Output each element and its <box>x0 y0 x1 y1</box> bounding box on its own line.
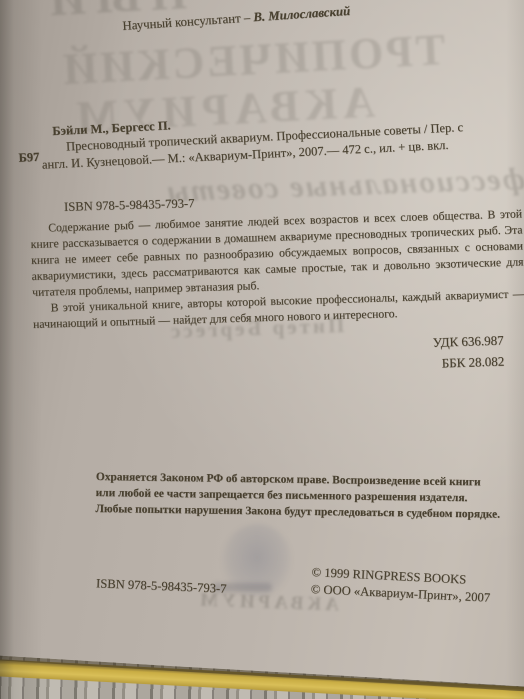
bbk-code: ББК 28.082 <box>350 351 505 376</box>
isbn-top: ISBN 978-5-98435-793-7 <box>64 196 195 215</box>
catalog-code: Б97 <box>18 150 39 166</box>
book-imprint-page-photo: { "page": { "consultant": { "label": "На… <box>0 0 524 699</box>
classification-codes: УДК 636.987 ББК 28.082 <box>349 331 504 377</box>
printed-content: Научный консультант – В. Милославский Бэ… <box>0 0 524 699</box>
consultant-label: Научный консультант – <box>122 11 251 33</box>
copyright-block: © 1999 RINGPRESS BOOKS © ООО «Аквариум-П… <box>310 564 491 606</box>
bibliographic-entry: Бэйли М., Бергесс П. Б97 Пресноводный тр… <box>14 102 516 186</box>
isbn-bottom: ISBN 978-5-98435-793-7 <box>96 576 227 596</box>
annotation-paragraph-1: Содержание рыб — любимое занятие людей в… <box>30 206 524 301</box>
legal-notice: Охраняется Законом РФ об авторском праве… <box>95 469 500 523</box>
annotation-block: Содержание рыб — любимое занятие людей в… <box>30 206 524 333</box>
consultant-name: В. Милославский <box>253 4 351 24</box>
consultant-line: Научный консультант – В. Милославский <box>122 4 351 34</box>
